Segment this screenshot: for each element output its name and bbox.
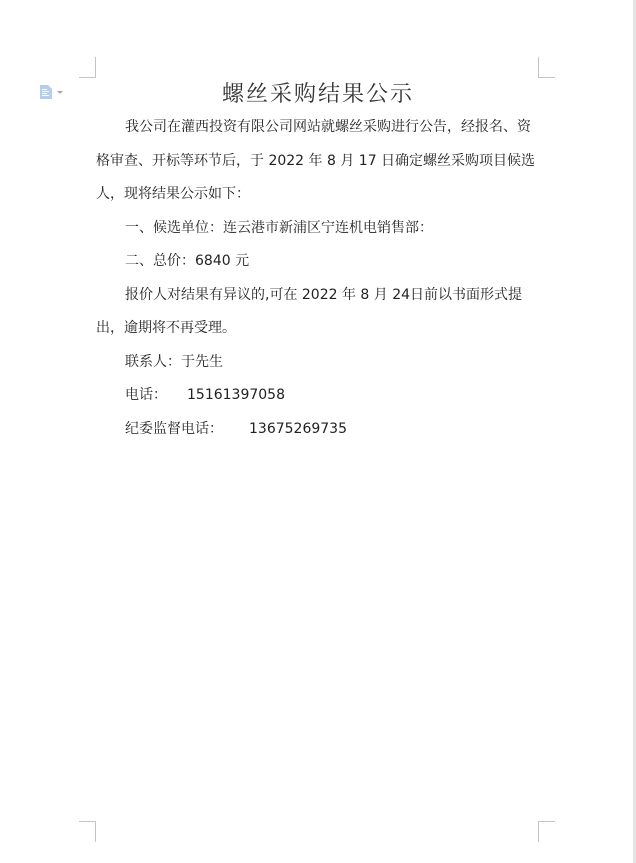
- margin-corner-top-left: [79, 57, 96, 78]
- margin-corner-bottom-right: [538, 821, 555, 842]
- document-body: 我公司在灌西投资有限公司网站就螺丝采购进行公告，经报名、资格审查、开标等环节后，…: [96, 111, 544, 446]
- supervision-phone-label: 纪委监督电话：: [125, 421, 223, 437]
- margin-corner-top-right: [538, 57, 555, 78]
- margin-corner-bottom-left: [79, 821, 96, 842]
- contact-person-line: 联系人：于先生: [96, 346, 544, 380]
- supervision-phone-line: 纪委监督电话：13675269735: [96, 413, 544, 447]
- candidate-line: 一、候选单位：连云港市新浦区宁连机电销售部：: [96, 212, 544, 246]
- total-price-line: 二、总价：6840 元: [96, 245, 544, 279]
- contact-person-value: 于先生: [181, 354, 223, 370]
- phone-label: 电话：: [125, 387, 167, 403]
- phone-line: 电话：15161397058: [96, 379, 544, 413]
- supervision-phone-value: 13675269735: [249, 421, 347, 437]
- phone-value: 15161397058: [187, 387, 285, 403]
- objection-paragraph: 报价人对结果有异议的,可在 2022 年 8 月 24日前以书面形式提出，逾期将…: [96, 279, 544, 346]
- contact-person-label: 联系人：: [125, 354, 181, 370]
- intro-paragraph: 我公司在灌西投资有限公司网站就螺丝采购进行公告，经报名、资格审查、开标等环节后，…: [96, 111, 544, 212]
- document-title: 螺丝采购结果公示: [0, 77, 636, 108]
